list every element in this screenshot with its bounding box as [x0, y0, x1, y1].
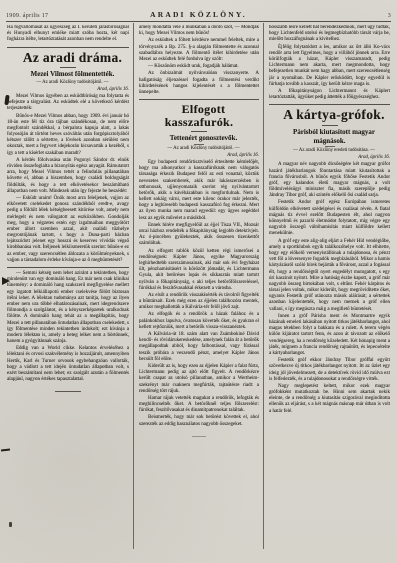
dateline: — Az aradi Közlöny tudósítójától. —	[139, 146, 259, 152]
paragraph: A főkapitányságon Lichtermannt és Kápler…	[269, 89, 390, 101]
paragraph: Az elfogók és a rendőrök a házak falához…	[139, 312, 259, 331]
carryover-text: amely mondatta vele a munkában a döntő s…	[139, 25, 259, 96]
article-end-dash	[55, 391, 81, 392]
headline-dash	[60, 67, 76, 68]
paragraph: Hamar rájuk vetették magukat a rendőrök,…	[139, 396, 259, 415]
place-date: Arad, április 16.	[139, 153, 259, 159]
paragraph: — Esküdt uraim! Önök most arra feleljene…	[7, 196, 129, 264]
paragraph: Nagy meglepetést keltett, mikor ezek mag…	[269, 384, 390, 415]
paragraph: Az elfogott rablók közül ketten régi ism…	[139, 249, 259, 292]
headline-dash	[191, 131, 207, 132]
issue-date: 1909. április 17	[6, 13, 116, 19]
paragraph: A Kálvária-út 18. szám alatt van Zsámbok…	[139, 332, 259, 363]
headline-a-kartya-grofok: A kártya-grófok.	[269, 108, 390, 123]
paragraph: Bűnös-e Mezei Vilmos abban, hogy 1909. é…	[7, 114, 129, 157]
headline-az-aradi-drama: Az aradi dráma.	[7, 51, 129, 66]
paragraph: Innen a gróf Párisba ment és Montmartre …	[269, 314, 390, 357]
headline-elfogott-kasszafurok: Elfogott kasszafurók.	[139, 103, 259, 129]
paragraph: Az esküdtek a föltett kérdésre nemmel fe…	[139, 38, 259, 63]
paragraph: — Semmi kétség nem lehet aziránt a tekin…	[7, 271, 129, 345]
article-body: A magyar név nagyobb dicsőségére két mag…	[269, 162, 390, 415]
paragraph: Ennek hírére megfigyelőül az éjjel Tisza…	[139, 223, 259, 248]
dateline: — Az aradi Közlöny eredeti tudósítása. —	[269, 148, 390, 154]
column-divider-1	[133, 23, 134, 549]
mid-article-rule	[7, 267, 129, 268]
place-date: Arad, április 16.	[269, 155, 390, 161]
section-rule	[7, 47, 129, 48]
section-rule	[139, 99, 259, 100]
carryover-text: hosszabb lesre kellett hát berendezkedni…	[269, 25, 390, 101]
column-middle: amely mondatta vele a munkában a döntő s…	[139, 25, 259, 557]
paragraph: A gróf egy este alig-alig eljárt a Fehér…	[269, 239, 390, 313]
article-body: Mezei Vilmos ügyében az esküdtbíróság ma…	[7, 94, 129, 264]
article-body-continued: — Semmi kétség nem lehet aziránt a tekin…	[7, 271, 129, 383]
paragraph: hosszabb lesre kellett hát berendezkedni…	[269, 25, 390, 44]
paragraph: amely mondatta vele a munkában a döntő s…	[139, 25, 259, 37]
column-right: hosszabb lesre kellett hát berendezkedni…	[269, 25, 390, 557]
section-rule	[269, 104, 390, 105]
paragraph: Mezei Vilmos ügyében az esküdtbíróság ma…	[7, 94, 129, 113]
paragraph: Festetik gróf ekkor Jándray Tibor gróffa…	[269, 358, 390, 383]
masthead-rule	[6, 21, 391, 22]
column-divider-2	[263, 23, 264, 549]
paragraph: — Köszönöm esküdt urak, fogadják hálámat…	[139, 64, 259, 70]
paragraph: A magyar név nagyobb dicsőségére két mag…	[269, 162, 390, 199]
page-number: 3	[281, 13, 391, 19]
paragraph: Egy budapesti rendőrtisztviselő értesíte…	[139, 160, 259, 222]
carryover-text: Ha fogvallomását az ügyészség az I. kerü…	[7, 25, 129, 44]
paragraph: Ha fogvallomását az ügyészség az I. kerü…	[7, 25, 129, 44]
article-body: Egy budapesti rendőrtisztviselő értesíte…	[139, 160, 259, 428]
article-end-dash	[192, 436, 206, 437]
subhead: Mezei Vilmost fölmentették.	[7, 70, 129, 79]
paragraph: Az önbizalmát nyilvánvalóan visszanyerte…	[139, 71, 259, 96]
subhead: Párisból kiutasított magyar mágnások.	[269, 128, 390, 145]
paragraph: Éjfélig folytatódott a les, amikor az őr…	[269, 45, 390, 88]
margin-arrow-mark	[2, 277, 10, 285]
paragraph: Festetik Andor gróf egész Európában isme…	[269, 200, 390, 237]
headline-dash	[322, 125, 338, 126]
paragraph: Kiderült az is, hogy ezen az éjjelen Káp…	[139, 364, 259, 395]
dateline: — Az aradi Közlöny tudósítójától. —	[7, 80, 129, 86]
subhead-dash	[194, 144, 204, 145]
place-date: Arad, április 16.	[7, 87, 129, 93]
paragraph: Az elsőt a rendőrök visszakísérték és tá…	[139, 293, 259, 312]
masthead: 1909. április 17 ARADI KÖZLÖNY. 3	[6, 5, 391, 19]
margin-ink-dot	[9, 522, 12, 527]
subhead: Tettenért gonosztevők.	[139, 134, 259, 143]
paragraph: A kérdés fölolvasása után Pogonyi Sándor…	[7, 158, 129, 195]
column-left: Ha fogvallomását az ügyészség az I. kerü…	[7, 25, 129, 557]
newspaper-title: ARADI KÖZLÖNY.	[116, 10, 281, 19]
paragraph: Eddig van a World cikke. Kelantos érvelé…	[7, 346, 129, 383]
paragraph: Beismerték, hogy már sok betörést követt…	[139, 415, 259, 427]
